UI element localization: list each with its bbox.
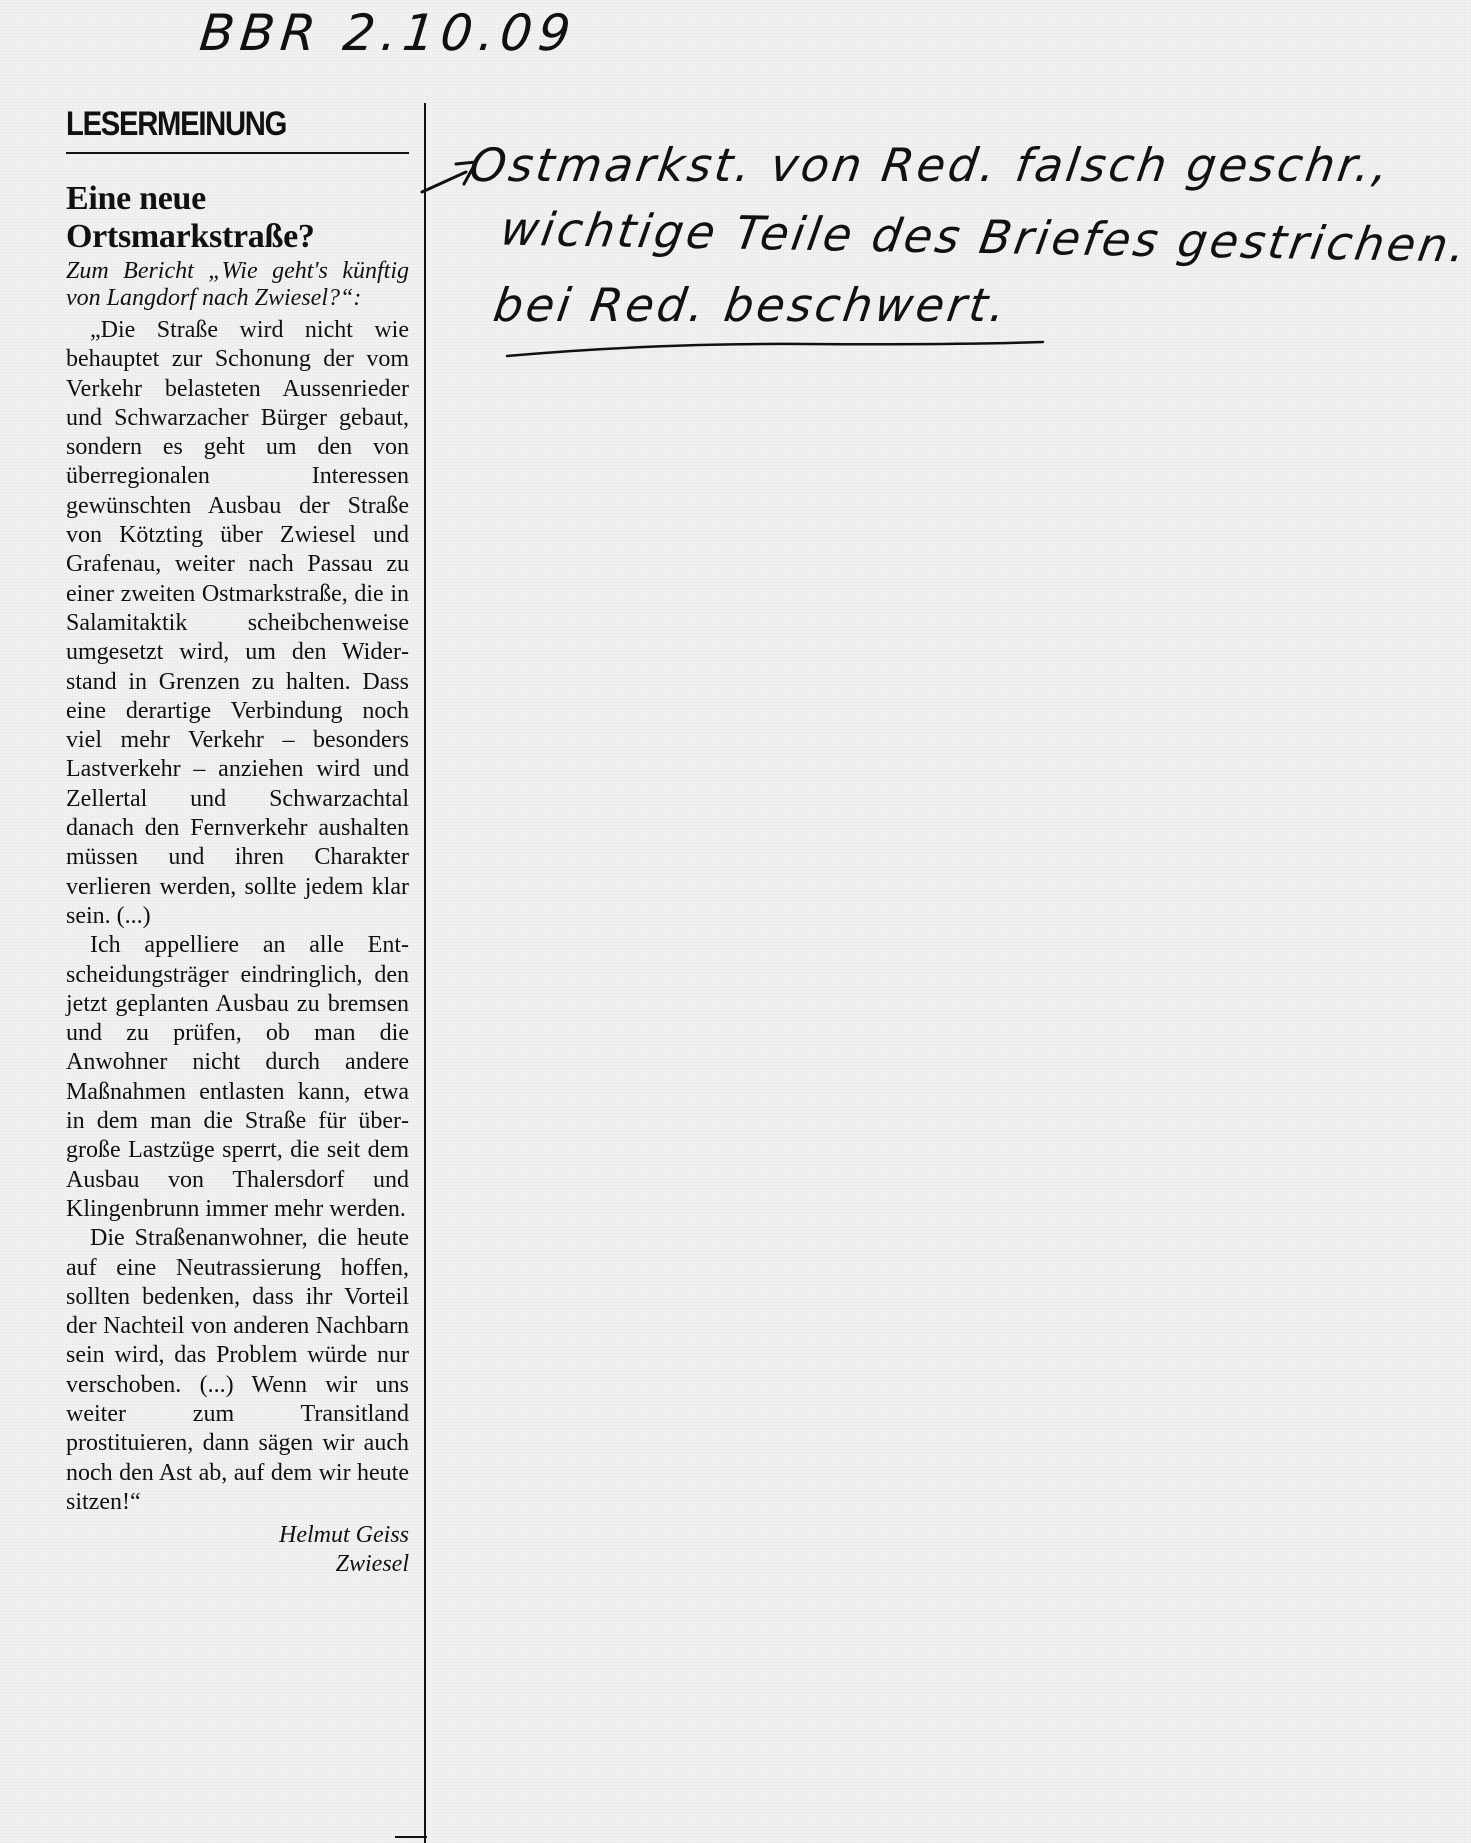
headline-line: Ortsmarkstraße? <box>66 218 315 255</box>
letter-to-editor-article: LESERMEINUNG Eine neue Ortsmarkstraße? Z… <box>66 104 409 1579</box>
headline: Eine neue Ortsmarkstraße? <box>66 180 409 256</box>
body-paragraph: „Die Straße wird nicht wie behauptet zur… <box>66 316 409 931</box>
body-paragraph: Die Straßenanwohner, die heute auf eine … <box>66 1224 409 1517</box>
handwritten-date-stamp: BBR 2.10.09 <box>197 4 579 62</box>
article-body: „Die Straße wird nicht wie behauptet zur… <box>66 316 409 1517</box>
headline-line: Eine neue <box>66 180 206 217</box>
section-rule <box>66 152 409 154</box>
handwritten-note-line: bei Red. beschwert. <box>490 278 1012 332</box>
column-divider <box>424 103 426 1843</box>
article-reference: Zum Bericht „Wie geht's künftig von Lang… <box>66 258 409 312</box>
body-paragraph: Ich appelliere an alle Ent­scheidungsträ… <box>66 931 409 1224</box>
author-name: Helmut Geiss <box>66 1521 409 1550</box>
handwritten-underline <box>505 340 1045 360</box>
section-label: LESERMEINUNG <box>66 104 361 144</box>
author-location: Zwiesel <box>66 1550 409 1579</box>
author-signature: Helmut Geiss Zwiesel <box>66 1521 409 1579</box>
handwritten-note-line: Ostmarkst. von Red. falsch geschr., <box>466 138 1394 192</box>
column-end-rule <box>395 1836 427 1838</box>
